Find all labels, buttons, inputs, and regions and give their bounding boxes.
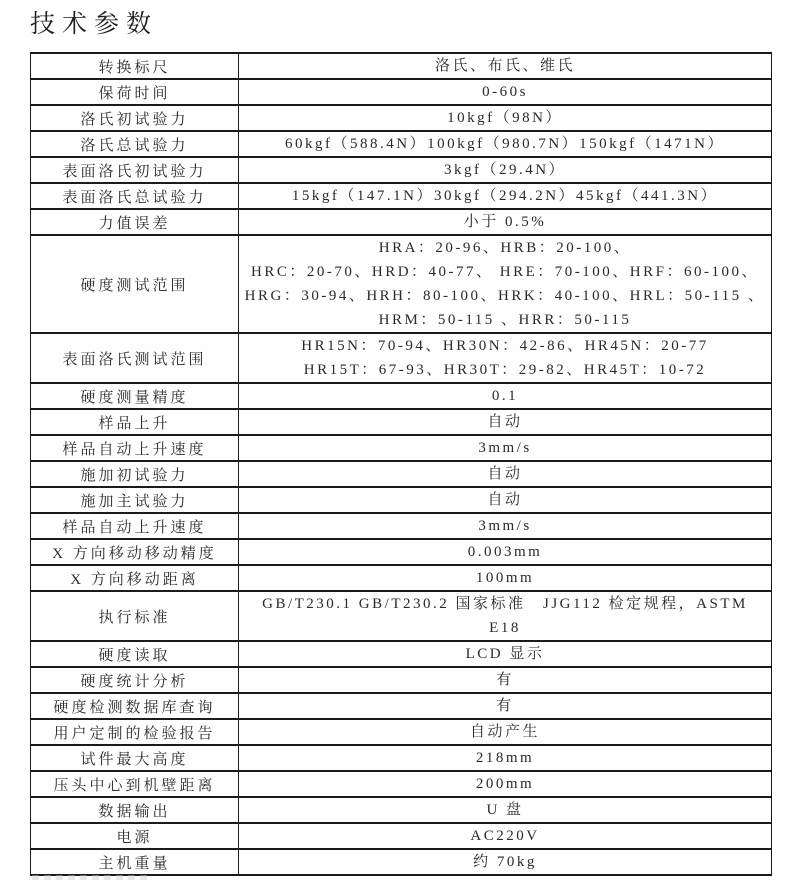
spec-label-cell: 硬度检测数据库查询 — [31, 693, 239, 719]
table-row: 压头中心到机壁距离200mm — [31, 771, 772, 797]
spec-value-cell: 60kgf（588.4N）100kgf（980.7N）150kgf（1471N） — [239, 131, 772, 157]
spec-value-cell: LCD 显示 — [239, 641, 772, 667]
spec-label-cell: 试件最大高度 — [31, 745, 239, 771]
spec-value-line: 自动 — [239, 410, 771, 434]
table-row: 样品自动上升速度3mm/s — [31, 435, 772, 461]
spec-value-cell: HR15N：70-94、HR30N：42-86、HR45N：20-77HR15T… — [239, 333, 772, 383]
spec-value-line: LCD 显示 — [239, 642, 771, 666]
table-row: 样品自动上升速度3mm/s — [31, 513, 772, 539]
table-row: 电源AC220V — [31, 823, 772, 849]
spec-label-cell: X 方向移动距离 — [31, 565, 239, 591]
spec-label-cell: 施加初试验力 — [31, 461, 239, 487]
spec-value-line: 有 — [239, 668, 771, 692]
table-row: 洛氏初试验力10kgf（98N） — [31, 105, 772, 131]
spec-value-cell: 自动 — [239, 461, 772, 487]
spec-value-line: 有 — [239, 694, 771, 718]
spec-value-line: 小于 0.5% — [239, 210, 771, 234]
spec-value-line: 约 70kg — [239, 850, 771, 874]
table-row: 执行标准GB/T230.1 GB/T230.2 国家标准 JJG112 检定规程… — [31, 591, 772, 641]
spec-value-cell: AC220V — [239, 823, 772, 849]
spec-value-line: 自动 — [239, 462, 771, 486]
spec-label-cell: 力值误差 — [31, 209, 239, 235]
table-row: 主机重量约 70kg — [31, 849, 772, 875]
table-row: 样品上升自动 — [31, 409, 772, 435]
spec-value-line: 218mm — [239, 746, 771, 770]
spec-value-cell: 3mm/s — [239, 435, 772, 461]
clipped-text-fragment — [32, 875, 150, 880]
spec-label-cell: 转换标尺 — [31, 53, 239, 79]
spec-value-line: U 盘 — [239, 798, 771, 822]
table-row: 施加初试验力自动 — [31, 461, 772, 487]
table-row: 硬度统计分析有 — [31, 667, 772, 693]
spec-value-line: 3mm/s — [239, 436, 771, 460]
table-row: 转换标尺洛氏、布氏、维氏 — [31, 53, 772, 79]
spec-label-cell: 样品上升 — [31, 409, 239, 435]
spec-label-cell: 硬度测试范围 — [31, 235, 239, 333]
table-row: 硬度检测数据库查询有 — [31, 693, 772, 719]
spec-value-line: HRG：30-94、HRH：80-100、HRK：40-100、HRL：50-1… — [239, 284, 771, 308]
spec-value-line: HRC：20-70、HRD：40-77、 HRE：70-100、HRF：60-1… — [239, 260, 771, 284]
spec-value-cell: 3mm/s — [239, 513, 772, 539]
table-row: X 方向移动距离100mm — [31, 565, 772, 591]
spec-label-cell: 执行标准 — [31, 591, 239, 641]
spec-value-line: HRM：50-115 、HRR：50-115 — [239, 308, 771, 332]
spec-value-cell: 有 — [239, 693, 772, 719]
spec-value-line: 10kgf（98N） — [239, 106, 771, 130]
spec-label-cell: 表面洛氏初试验力 — [31, 157, 239, 183]
spec-value-line: HRA：20-96、HRB：20-100、 — [239, 236, 771, 260]
spec-value-cell: 0.003mm — [239, 539, 772, 565]
spec-value-cell: 自动 — [239, 487, 772, 513]
spec-label-cell: 主机重量 — [31, 849, 239, 875]
spec-value-line: 3kgf（29.4N） — [239, 158, 771, 182]
spec-label-cell: 数据输出 — [31, 797, 239, 823]
table-row: 表面洛氏测试范围HR15N：70-94、HR30N：42-86、HR45N：20… — [31, 333, 772, 383]
spec-value-cell: 100mm — [239, 565, 772, 591]
table-row: X 方向移动移动精度0.003mm — [31, 539, 772, 565]
page-title: 技术参数 — [30, 4, 158, 40]
spec-label-cell: 样品自动上升速度 — [31, 435, 239, 461]
table-row: 硬度测量精度0.1 — [31, 383, 772, 409]
spec-value-line: E18 — [239, 616, 771, 640]
spec-value-line: HR15T：67-93、HR30T：29-82、HR45T：10-72 — [239, 358, 771, 382]
spec-value-cell: 0-60s — [239, 79, 772, 105]
spec-value-cell: 有 — [239, 667, 772, 693]
spec-value-line: GB/T230.1 GB/T230.2 国家标准 JJG112 检定规程，AST… — [239, 592, 771, 616]
spec-value-line: 0-60s — [239, 80, 771, 104]
table-row: 洛氏总试验力60kgf（588.4N）100kgf（980.7N）150kgf（… — [31, 131, 772, 157]
spec-value-cell: HRA：20-96、HRB：20-100、HRC：20-70、HRD：40-77… — [239, 235, 772, 333]
spec-label-cell: 表面洛氏测试范围 — [31, 333, 239, 383]
table-row: 试件最大高度218mm — [31, 745, 772, 771]
spec-value-cell: 3kgf（29.4N） — [239, 157, 772, 183]
spec-value-line: 15kgf（147.1N）30kgf（294.2N）45kgf（441.3N） — [239, 184, 771, 208]
spec-value-cell: GB/T230.1 GB/T230.2 国家标准 JJG112 检定规程，AST… — [239, 591, 772, 641]
spec-value-line: 100mm — [239, 566, 771, 590]
spec-value-cell: 0.1 — [239, 383, 772, 409]
spec-label-cell: 硬度读取 — [31, 641, 239, 667]
spec-value-cell: 15kgf（147.1N）30kgf（294.2N）45kgf（441.3N） — [239, 183, 772, 209]
spec-value-cell: 218mm — [239, 745, 772, 771]
spec-value-cell: 自动 — [239, 409, 772, 435]
spec-label-cell: X 方向移动移动精度 — [31, 539, 239, 565]
spec-value-line: 自动 — [239, 488, 771, 512]
table-row: 硬度测试范围HRA：20-96、HRB：20-100、HRC：20-70、HRD… — [31, 235, 772, 333]
table-row: 硬度读取LCD 显示 — [31, 641, 772, 667]
table-row: 表面洛氏总试验力15kgf（147.1N）30kgf（294.2N）45kgf（… — [31, 183, 772, 209]
spec-value-line: AC220V — [239, 824, 771, 848]
technical-parameters-table: 转换标尺洛氏、布氏、维氏保荷时间0-60s洛氏初试验力10kgf（98N）洛氏总… — [30, 52, 772, 876]
spec-label-cell: 洛氏初试验力 — [31, 105, 239, 131]
table-row: 表面洛氏初试验力3kgf（29.4N） — [31, 157, 772, 183]
spec-value-line: 3mm/s — [239, 514, 771, 538]
spec-value-line: 自动产生 — [239, 720, 771, 744]
spec-label-cell: 样品自动上升速度 — [31, 513, 239, 539]
spec-label-cell: 硬度统计分析 — [31, 667, 239, 693]
spec-value-line: 200mm — [239, 772, 771, 796]
spec-label-cell: 用户定制的检验报告 — [31, 719, 239, 745]
spec-table-body: 转换标尺洛氏、布氏、维氏保荷时间0-60s洛氏初试验力10kgf（98N）洛氏总… — [31, 53, 772, 875]
table-row: 力值误差小于 0.5% — [31, 209, 772, 235]
spec-label-cell: 硬度测量精度 — [31, 383, 239, 409]
table-row: 用户定制的检验报告自动产生 — [31, 719, 772, 745]
spec-label-cell: 保荷时间 — [31, 79, 239, 105]
spec-value-cell: 洛氏、布氏、维氏 — [239, 53, 772, 79]
spec-value-cell: 约 70kg — [239, 849, 772, 875]
spec-value-cell: 小于 0.5% — [239, 209, 772, 235]
spec-label-cell: 洛氏总试验力 — [31, 131, 239, 157]
spec-label-cell: 压头中心到机壁距离 — [31, 771, 239, 797]
spec-value-cell: 10kgf（98N） — [239, 105, 772, 131]
spec-value-line: 0.003mm — [239, 540, 771, 564]
table-row: 施加主试验力自动 — [31, 487, 772, 513]
spec-value-line: 60kgf（588.4N）100kgf（980.7N）150kgf（1471N） — [239, 132, 771, 156]
spec-value-cell: U 盘 — [239, 797, 772, 823]
table-row: 数据输出U 盘 — [31, 797, 772, 823]
spec-label-cell: 电源 — [31, 823, 239, 849]
spec-label-cell: 表面洛氏总试验力 — [31, 183, 239, 209]
spec-value-line: HR15N：70-94、HR30N：42-86、HR45N：20-77 — [239, 334, 771, 358]
spec-value-line: 0.1 — [239, 384, 771, 408]
table-row: 保荷时间0-60s — [31, 79, 772, 105]
spec-label-cell: 施加主试验力 — [31, 487, 239, 513]
spec-value-cell: 自动产生 — [239, 719, 772, 745]
spec-value-line: 洛氏、布氏、维氏 — [239, 54, 771, 78]
spec-value-cell: 200mm — [239, 771, 772, 797]
